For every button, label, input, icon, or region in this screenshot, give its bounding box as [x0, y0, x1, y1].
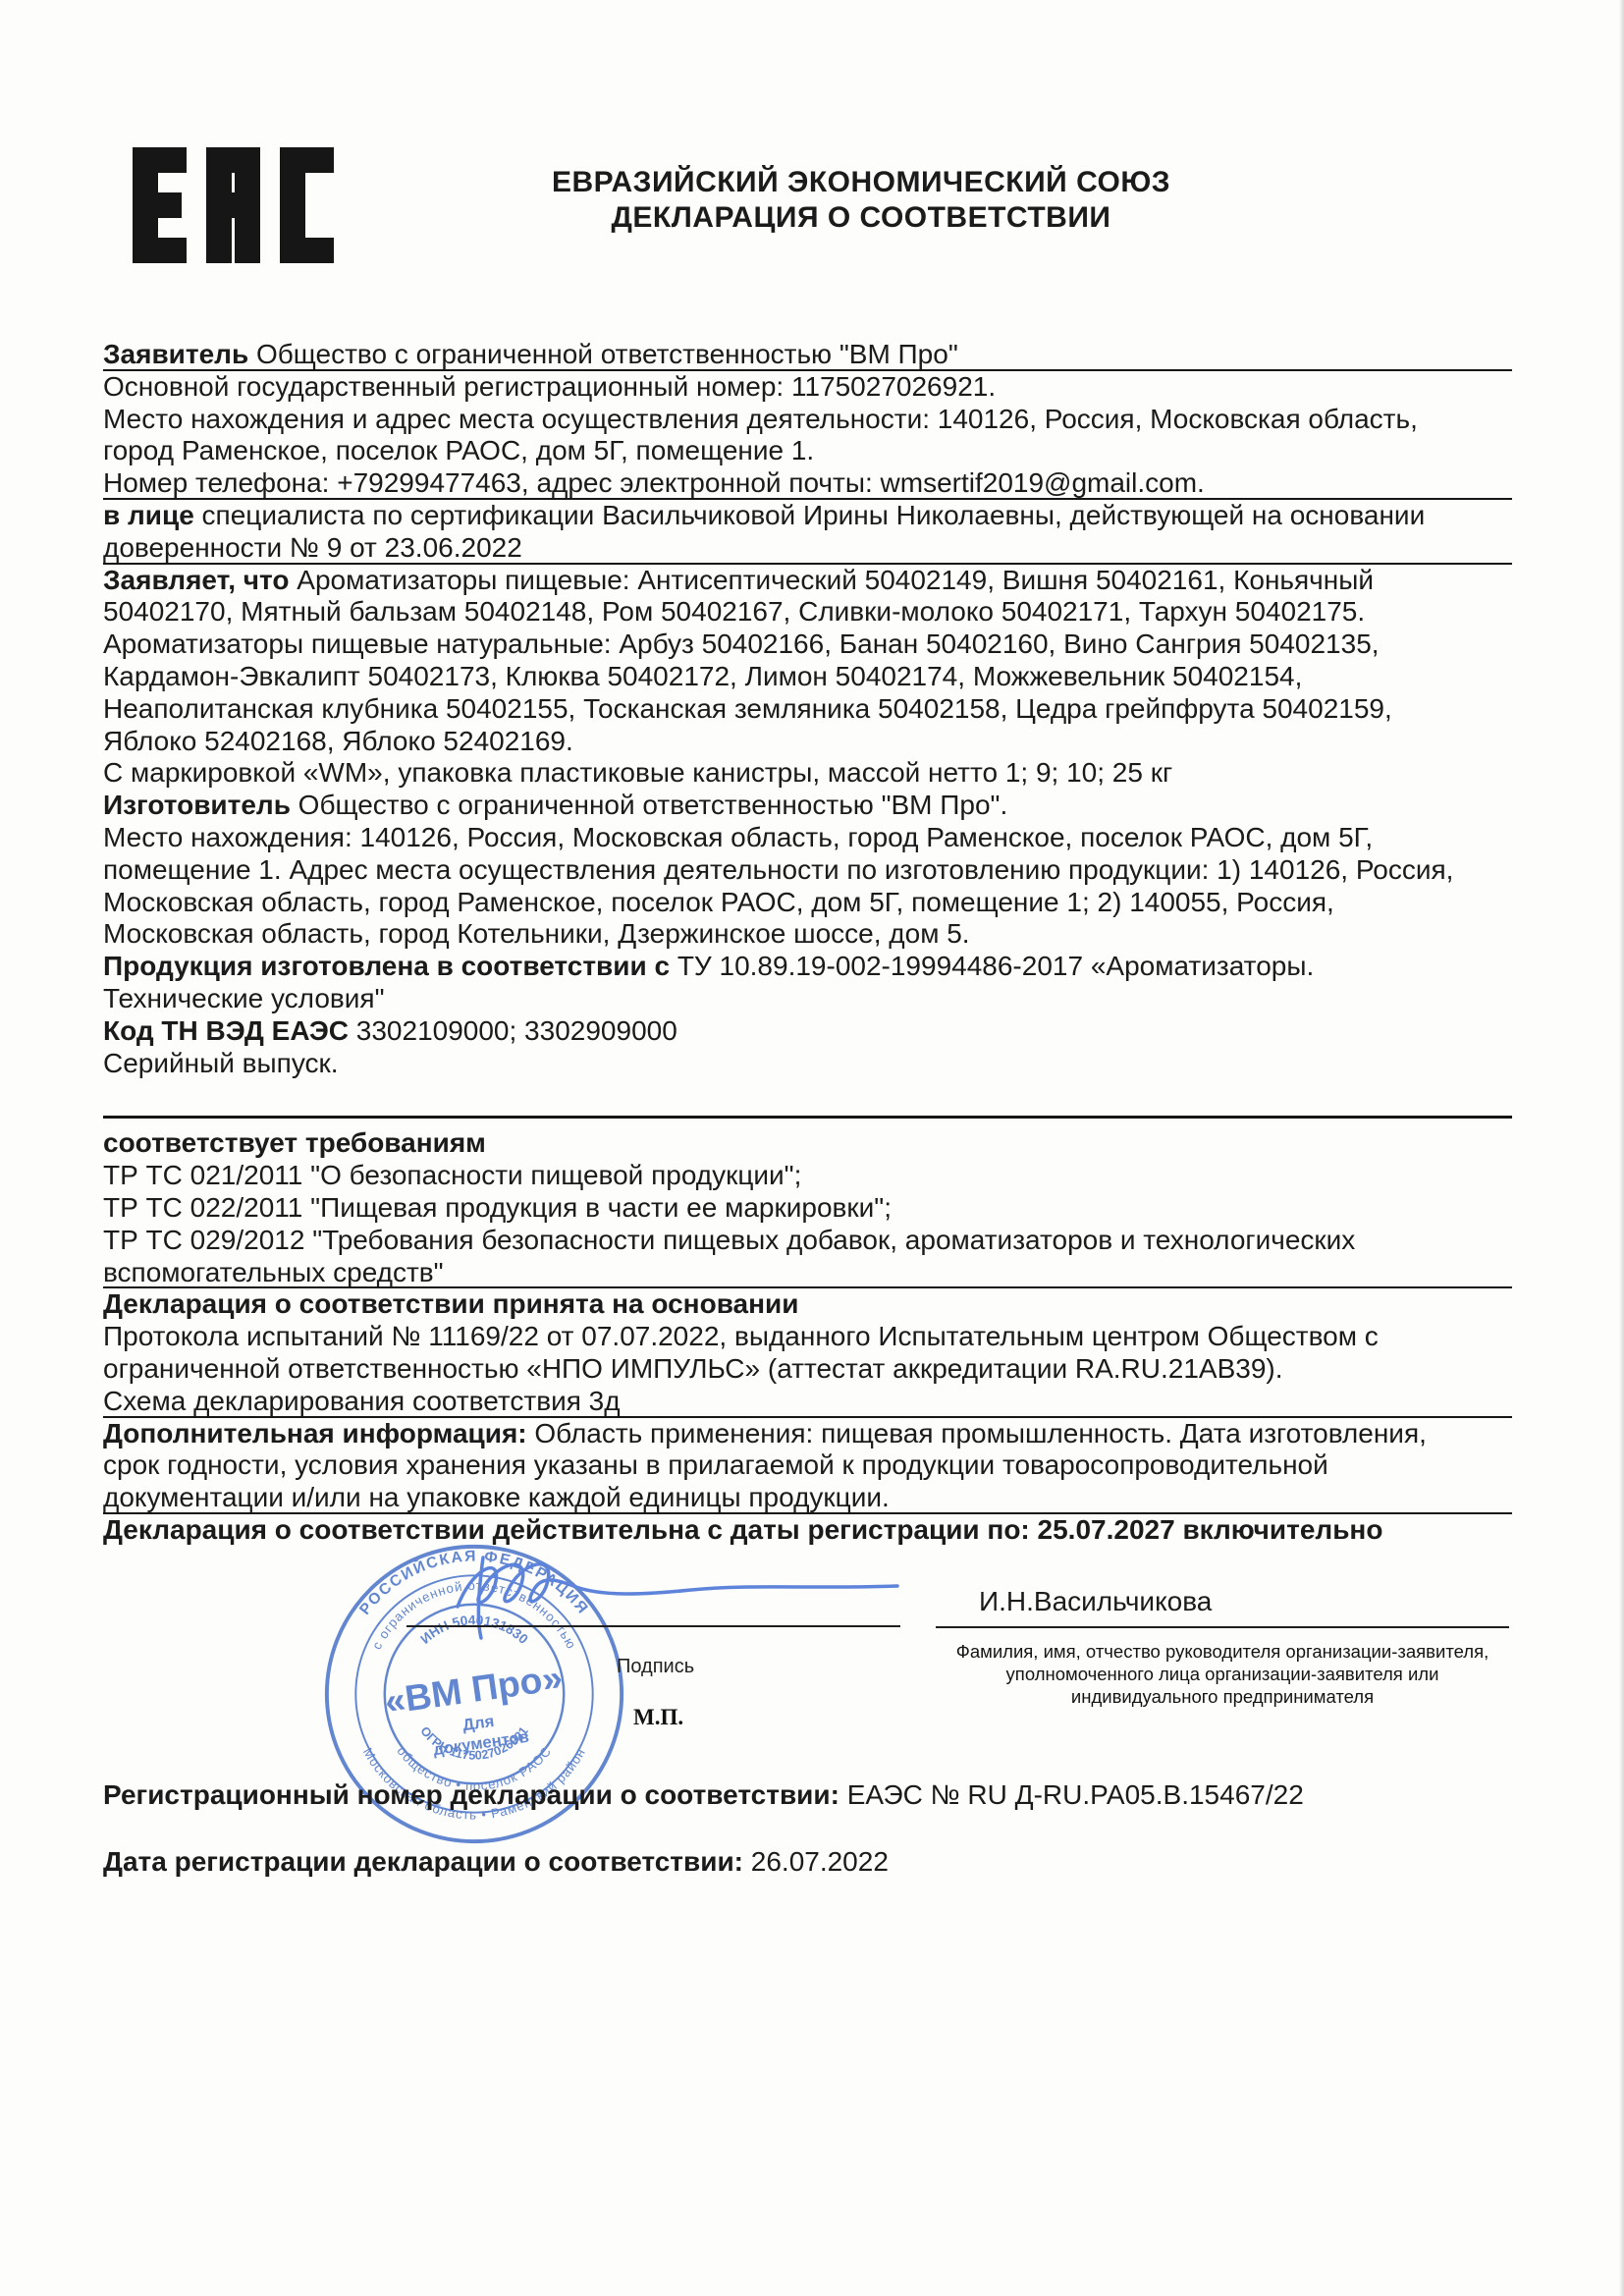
manufacturer-address-line: Место нахождения: 140126, Россия, Москов… [103, 822, 1512, 854]
conformity-heading: соответствует требованиям [103, 1127, 1512, 1160]
registration-date-value: 26.07.2022 [743, 1846, 889, 1877]
regulation-line: вспомогательных средств" [103, 1257, 1512, 1289]
address-line-1: Место нахождения и адрес места осуществл… [103, 404, 1512, 436]
manufacturer-address-line: Московская область, город Котельники, Дз… [103, 918, 1512, 951]
registration-number-value: ЕАЭС № RU Д-RU.РА05.В.15467/22 [839, 1779, 1304, 1810]
signer-name: И.Н.Васильчикова [979, 1586, 1212, 1617]
declaration-document: ЕВРАЗИЙСКИЙ ЭКОНОМИЧЕСКИЙ СОЮЗ ДЕКЛАРАЦИ… [0, 0, 1624, 2296]
declares-line: Заявляет, что Ароматизаторы пищевые: Ант… [103, 565, 1512, 597]
power-of-attorney-line: доверенности № 9 от 23.06.2022 [103, 532, 1512, 565]
manufacturer-address-line: помещение 1. Адрес места осуществления д… [103, 854, 1512, 887]
signer-name-rule [936, 1626, 1509, 1628]
ogrn-line: Основной государственный регистрационный… [103, 371, 1512, 404]
signature-rule [406, 1625, 900, 1627]
representative-line: в лице специалиста по сертификации Васил… [103, 500, 1512, 532]
serial-release-line: Серийный выпуск. [103, 1048, 1512, 1080]
registration-number-label: Регистрационный номер декларации о соотв… [103, 1779, 839, 1810]
signature-scribble [442, 1550, 913, 1643]
production-standard-line: Технические условия" [103, 983, 1512, 1015]
signer-caption-line2: уполномоченного лица организации-заявите… [936, 1663, 1509, 1685]
product-list-line: 50402170, Мятный бальзам 50402148, Ром 5… [103, 596, 1512, 629]
regulation-line: ТР ТС 022/2011 "Пищевая продукция в част… [103, 1192, 1512, 1225]
additional-info-line: документации и/или на упаковке каждой ед… [103, 1482, 1512, 1514]
signature-label: Подпись [617, 1656, 694, 1678]
product-list-line: Неаполитанская клубника 50402155, Тоскан… [103, 693, 1512, 726]
marking-line: С маркировкой «WM», упаковка пластиковые… [103, 757, 1512, 790]
applicant-value: Общество с ограниченной ответственностью… [248, 339, 958, 369]
doc-title: ЕВРАЗИЙСКИЙ ЭКОНОМИЧЕСКИЙ СОЮЗ ДЕКЛАРАЦИ… [295, 165, 1428, 236]
stamp-for-documents-1: Для [461, 1712, 496, 1734]
test-report-line: Протокола испытаний № 11169/22 от 07.07.… [103, 1321, 1512, 1353]
doc-body: Заявитель Общество с ограниченной ответс… [103, 339, 1512, 1547]
scan-edge-shadow [1619, 0, 1624, 2296]
signer-caption-line1: Фамилия, имя, отчество руководителя орга… [936, 1640, 1509, 1663]
stamp-place-label: М.П. [633, 1705, 683, 1730]
address-line-2: город Раменское, поселок РАОС, дом 5Г, п… [103, 435, 1512, 467]
registration-number-line: Регистрационный номер декларации о соотв… [103, 1779, 1304, 1811]
registration-date-line: Дата регистрации декларации о соответств… [103, 1846, 889, 1878]
declaration-scheme-line: Схема декларирования соответствия 3д [103, 1386, 1512, 1418]
registration-date-label: Дата регистрации декларации о соответств… [103, 1846, 743, 1877]
doc-title-line2: ДЕКЛАРАЦИЯ О СООТВЕТСТВИИ [295, 200, 1428, 236]
regulation-line: ТР ТС 021/2011 "О безопасности пищевой п… [103, 1160, 1512, 1192]
manufacturer-address-line: Московская область, город Раменское, пос… [103, 887, 1512, 919]
regulation-line: ТР ТС 029/2012 "Требования безопасности … [103, 1225, 1512, 1257]
manufacturer-line: Изготовитель Общество с ограниченной отв… [103, 790, 1512, 822]
product-list-line: Кардамон-Эвкалипт 50402173, Клюква 50402… [103, 661, 1512, 693]
additional-info-line: Дополнительная информация: Область приме… [103, 1418, 1512, 1450]
signer-caption: Фамилия, имя, отчество руководителя орга… [936, 1640, 1509, 1708]
section-divider [103, 1116, 1512, 1119]
phone-email-line: Номер телефона: +79299477463, адрес элек… [103, 467, 1512, 500]
applicant-label: Заявитель [103, 339, 248, 369]
basis-heading: Декларация о соответствии принята на осн… [103, 1288, 1512, 1321]
applicant-line: Заявитель Общество с ограниченной ответс… [103, 339, 1512, 371]
stamp-company-name: «ВМ Про» [382, 1656, 565, 1722]
validity-line: Декларация о соответствии действительна … [103, 1514, 1512, 1547]
tnved-code-line: Код ТН ВЭД ЕАЭС 3302109000; 3302909000 [103, 1015, 1512, 1048]
signer-caption-line3: индивидуального предпринимателя [936, 1685, 1509, 1708]
test-report-line: ограниченной ответственностью «НПО ИМПУЛ… [103, 1353, 1512, 1386]
doc-title-line1: ЕВРАЗИЙСКИЙ ЭКОНОМИЧЕСКИЙ СОЮЗ [295, 165, 1428, 200]
additional-info-line: срок годности, условия хранения указаны … [103, 1449, 1512, 1482]
production-standard-line: Продукция изготовлена в соответствии с Т… [103, 951, 1512, 983]
product-list-line: Ароматизаторы пищевые натуральные: Арбуз… [103, 629, 1512, 661]
product-list-line: Яблоко 52402168, Яблоко 52402169. [103, 726, 1512, 758]
